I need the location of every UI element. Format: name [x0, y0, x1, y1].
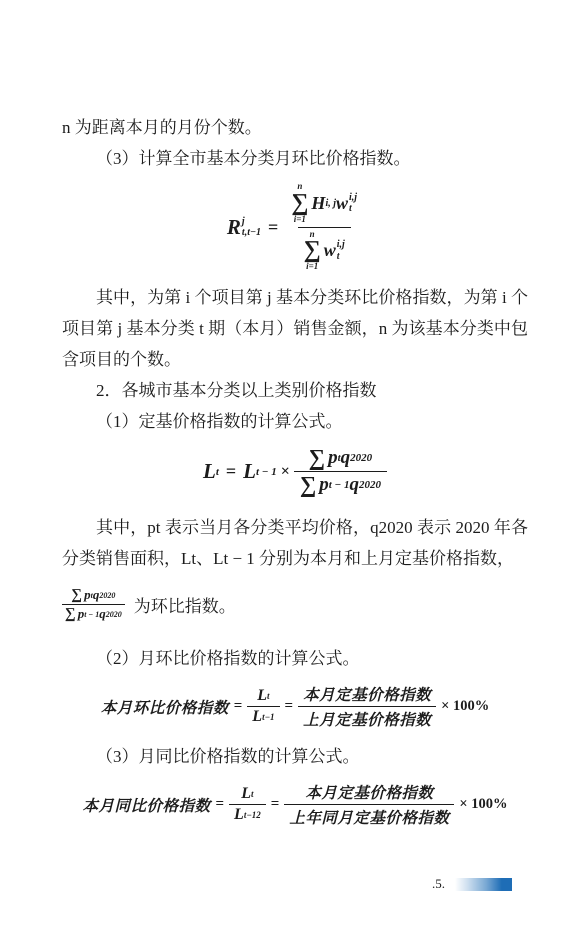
math-subscript: i, j	[325, 198, 336, 209]
math-subscript: t	[216, 466, 219, 478]
sigma-glyph: ∑	[65, 607, 76, 621]
formula-month-on-month-index: 本月环比价格指数 = L t L t−1 = 本月定基价格指数 上月定基价格指数…	[62, 682, 528, 731]
times-100-percent: × 100%	[441, 698, 489, 715]
item-2-mom-formula: （2）月环比价格指数的计算公式。	[62, 643, 528, 674]
document-page: n 为距离本月的月份个数。 （3）计算全市基本分类月环比价格指数。 R j t,…	[0, 0, 588, 946]
formula-label: 本月同比价格指数	[82, 794, 210, 816]
math-scripts: i,j t	[349, 192, 357, 215]
formula-basic-class-chain-index: R j t,t−1 = n ∑ i=1 H i, j w i,j	[62, 180, 528, 274]
formula-label: 本月环比价格指数	[101, 696, 229, 718]
heading-2-city-class-indices: 2．各城市基本分类以上类别价格指数	[62, 375, 528, 406]
math-term-q: q	[349, 474, 359, 496]
fraction-numerator: L t	[252, 686, 274, 706]
chain-index-suffix-text: 为环比指数。	[134, 592, 236, 617]
math-term-L: L	[243, 459, 256, 484]
fraction-denominator: 上年同月定基价格指数	[284, 804, 454, 829]
math-superscript: j	[242, 216, 261, 228]
math-term-p: p	[319, 474, 329, 496]
fraction-numerator: 本月定基价格指数	[298, 682, 436, 706]
math-subscript: 2020	[99, 591, 115, 600]
sigma-symbol: ∑	[300, 474, 316, 496]
fraction-numerator: L t	[236, 784, 258, 804]
math-fraction: 本月定基价格指数 上年同月定基价格指数	[284, 780, 454, 829]
math-subscript: t	[337, 251, 345, 263]
fraction-denominator: L t−1	[247, 706, 279, 727]
math-subscript: t − 1	[329, 479, 350, 491]
page-footer: .5.	[432, 876, 512, 892]
math-fraction: ∑ p t q 2020 ∑ p t − 1 q 2020	[62, 586, 125, 623]
fraction-numerator: ∑ p t q 2020	[303, 445, 378, 471]
math-term-L: L	[234, 806, 244, 824]
math-term-L: L	[203, 459, 216, 484]
math-term-H: H	[311, 193, 325, 214]
paragraph-where-1: 其中，为第 i 个项目第 j 基本分类环比价格指数，为第 i 个项目第 j 基本…	[62, 282, 528, 375]
math-subscript: 2020	[350, 452, 372, 464]
math-scripts: i,j t	[337, 239, 345, 262]
math-term-q: q	[341, 447, 351, 469]
equals-sign: =	[226, 461, 236, 482]
math-fraction: 本月定基价格指数 上月定基价格指数	[298, 682, 436, 731]
fraction-denominator: L t−12	[229, 804, 266, 825]
math-subscript: t	[267, 691, 270, 701]
sigma-glyph: ∑	[304, 239, 321, 262]
equals-sign: =	[285, 698, 294, 715]
footer-accent-bar	[455, 878, 512, 891]
paragraph-n-months: n 为距离本月的月份个数。	[62, 112, 528, 143]
formula-fixed-base-index: L t = L t − 1 × ∑ p t q 2020 ∑ p t − 1 q	[62, 445, 528, 498]
chain-index-note: ∑ p t q 2020 ∑ p t − 1 q 2020 为环比指数。	[62, 586, 528, 623]
item-1-fixed-base-formula: （1）定基价格指数的计算公式。	[62, 406, 528, 437]
math-subscript: 2020	[359, 479, 381, 491]
sigma-glyph: ∑	[71, 588, 82, 602]
paragraph-where-2: 其中，pt 表示当月各分类平均价格，q2020 表示 2020 年各分类销售面积…	[62, 512, 528, 574]
multiply-sign: ×	[281, 463, 290, 481]
math-superscript: i,j	[337, 239, 345, 251]
math-subscript: t,t−1	[242, 227, 261, 239]
equals-sign: =	[234, 698, 243, 715]
item-3-yoy-formula: （3）月同比价格指数的计算公式。	[62, 741, 528, 772]
math-term-L: L	[257, 687, 267, 705]
sigma-glyph: ∑	[291, 192, 308, 215]
fraction-denominator: n ∑ i=1 w i,j t	[298, 227, 351, 275]
math-subscript: 2020	[106, 610, 122, 619]
math-superscript: i,j	[349, 192, 357, 204]
math-fraction: n ∑ i=1 H i, j w i,j t n ∑	[285, 180, 363, 274]
page-number: .5.	[432, 876, 445, 892]
math-subscript: t	[251, 789, 254, 799]
fraction-denominator: 上月定基价格指数	[298, 706, 436, 731]
sigma-glyph: ∑	[309, 447, 325, 469]
sigma-symbol: n ∑ i=1	[304, 230, 321, 273]
math-term-L: L	[241, 785, 251, 803]
sigma-symbol: ∑	[309, 447, 325, 469]
sigma-lower-limit: i=1	[306, 262, 318, 272]
math-subscript: t	[349, 203, 357, 215]
math-subscript: t − 1	[84, 610, 99, 619]
fraction-numerator: ∑ p t q 2020	[68, 586, 118, 604]
sigma-symbol: ∑	[71, 588, 82, 602]
page-content: n 为距离本月的月份个数。 （3）计算全市基本分类月环比价格指数。 R j t,…	[62, 112, 528, 839]
times-100-percent: × 100%	[459, 796, 507, 813]
math-term-w: w	[336, 193, 348, 214]
equals-sign: =	[271, 796, 280, 813]
math-subscript: t−1	[262, 712, 274, 722]
math-scripts: j t,t−1	[242, 216, 261, 239]
equals-sign: =	[215, 796, 224, 813]
sigma-symbol: n ∑ i=1	[291, 182, 308, 225]
math-lhs-R: R	[227, 215, 241, 240]
sigma-lower-limit: i=1	[294, 215, 306, 225]
formula-year-on-year-index: 本月同比价格指数 = L t L t−12 = 本月定基价格指数 上年同月定基价…	[62, 780, 528, 829]
fraction-numerator: n ∑ i=1 H i, j w i,j t	[285, 180, 363, 227]
fraction-numerator: 本月定基价格指数	[300, 780, 438, 804]
equals-sign: =	[268, 217, 278, 238]
sigma-symbol: ∑	[65, 607, 76, 621]
math-subscript: t−12	[244, 810, 261, 820]
math-term-L: L	[252, 708, 262, 726]
math-term-w: w	[324, 240, 336, 261]
math-fraction: L t L t−1	[247, 686, 279, 727]
math-fraction: L t L t−12	[229, 784, 266, 825]
fraction-denominator: ∑ p t − 1 q 2020	[294, 471, 387, 498]
sigma-glyph: ∑	[300, 474, 316, 496]
item-3-citywide-chain-index: （3）计算全市基本分类月环比价格指数。	[62, 143, 528, 174]
math-fraction: ∑ p t q 2020 ∑ p t − 1 q 2020	[294, 445, 387, 498]
fraction-denominator: ∑ p t − 1 q 2020	[62, 604, 125, 623]
math-term-p: p	[328, 447, 338, 469]
math-subscript: t − 1	[256, 466, 277, 478]
